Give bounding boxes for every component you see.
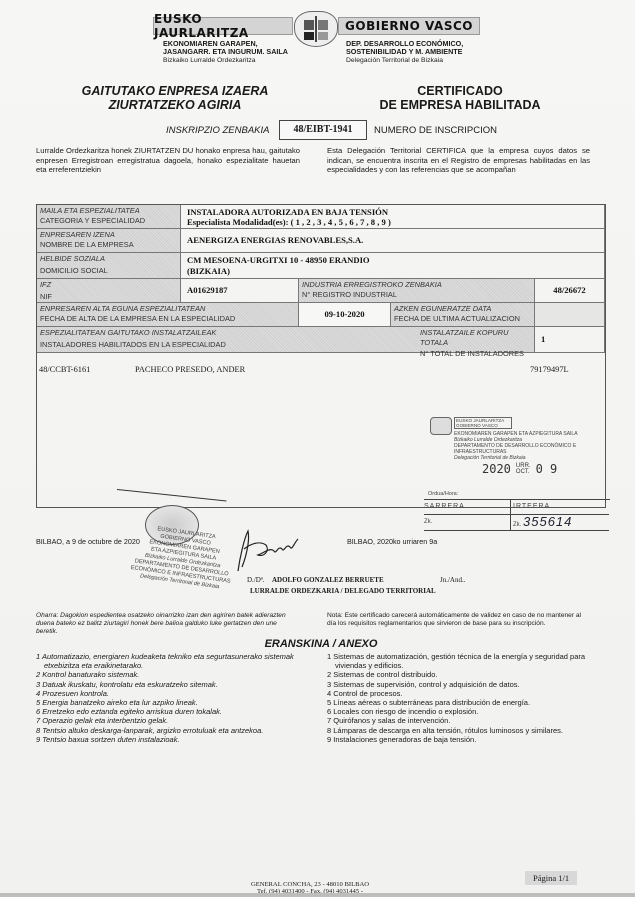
- stamp-month-es: OCT.: [516, 469, 531, 475]
- stamp-time-label: Ordua/Hora:: [428, 491, 458, 497]
- registration-label-es: NUMERO DE INSCRIPCION: [374, 125, 497, 136]
- banner-left: EUSKO JAURLARITZA: [153, 17, 293, 35]
- address-value-line1: CM MESOENA-URGITXI 10 - 48950 ERANDIO: [187, 255, 598, 266]
- address-value: CM MESOENA-URGITXI 10 - 48950 ERANDIO (B…: [181, 253, 605, 279]
- industrial-registry-label-es: N° REGISTRO INDUSTRIAL: [302, 290, 531, 300]
- stamp-line2: GOBIERNO VASCO: [456, 423, 510, 428]
- stamp-line6: Delegación Territorial de Bizkaia: [454, 455, 614, 461]
- dept-right-sub: Delegación Territorial de Bizkaia: [346, 57, 463, 65]
- stamp-no-left: Zk.: [424, 514, 510, 531]
- title-es-line2: DE EMPRESA HABILITADA: [345, 98, 575, 112]
- banner-right-text: GOBIERNO VASCO: [345, 19, 473, 33]
- category-label-eu: MAILA ETA ESPEZIALITATEA: [40, 206, 177, 216]
- stamp-day: 0 9: [536, 466, 558, 472]
- note-es: Nota: Este certificado carecerá automáti…: [327, 612, 582, 628]
- installer-name: PACHECO PRESEDO, ANDER: [135, 365, 245, 374]
- registration-date-label-es: FECHA DE ALTA DE LA EMPRESA EN LA ESPECI…: [40, 314, 295, 324]
- installer-code: 48/CCBT-6161: [39, 365, 90, 374]
- address-value-line2: (BIZKAIA): [187, 266, 598, 277]
- annex-eu-item: 3 Datuak ikuskatu, kontrolatu eta eskura…: [36, 680, 316, 689]
- industrial-registry-value: 48/26672: [535, 279, 605, 303]
- category-value-line1: INSTALADORA AUTORIZADA EN BAJA TENSIÓN: [187, 207, 598, 217]
- strike-line: [117, 489, 227, 501]
- dept-left-line2: JASANGARR. ETA INGURUM. SAILA: [163, 48, 288, 56]
- title-eu-line1: GAITUTAKO ENPRESA IZAERA: [60, 84, 290, 98]
- company-label: ENPRESAREN IZENA NOMBRE DE LA EMPRESA: [37, 229, 181, 253]
- certificate-page: EUSKO JAURLARITZA GOBIERNO VASCO EKONOMI…: [0, 0, 635, 897]
- annex-es-item: 5 Líneas aéreas o subterráneas para dist…: [327, 698, 612, 707]
- annex-es-item: 2 Sistemas de control distribuido.: [327, 670, 612, 679]
- installer-id: 79179497L: [530, 365, 569, 374]
- annex-es-item: 6 Locales con riesgo de incendio o explo…: [327, 707, 612, 716]
- category-value: INSTALADORA AUTORIZADA EN BAJA TENSIÓN E…: [181, 205, 605, 229]
- installers-total-label-eu: INSTALATZAILE KOPURU TOTALA: [420, 328, 531, 347]
- signer-initials: Jn./And..: [440, 576, 465, 584]
- signer-role: LURRALDE ORDEZKARIA / DELEGADO TERRITORI…: [250, 587, 436, 595]
- title-es: CERTIFICADO DE EMPRESA HABILITADA: [345, 84, 575, 112]
- annex-eu-item: 8 Tentsio altuko deskarga-lanparak, argi…: [36, 726, 316, 735]
- nif-value: A01629187: [181, 279, 299, 303]
- industrial-registry-label: INDUSTRIA ERREGISTROKO ZENBAKIA N° REGIS…: [299, 279, 535, 303]
- title-es-line1: CERTIFICADO: [345, 84, 575, 98]
- stamp-handwritten-number: 355614: [523, 514, 572, 529]
- signature-icon: [230, 527, 310, 575]
- annex-es-item: 4 Control de procesos.: [327, 689, 612, 698]
- address-label-es: DOMICILIO SOCIAL: [40, 266, 177, 276]
- company-value: AENERGIZA ENERGIAS RENOVABLES,S.A.: [181, 229, 605, 253]
- last-update-value: [535, 303, 605, 327]
- category-label-es: CATEGORIA Y ESPECIALIDAD: [40, 216, 177, 226]
- registration-label-eu: INSKRIPZIO ZENBAKIA: [166, 125, 269, 136]
- category-label: MAILA ETA ESPEZIALITATEA CATEGORIA Y ESP…: [37, 205, 181, 229]
- address-label-eu: HELBIDE SOZIALA: [40, 254, 177, 264]
- intro-eu: Lurralde Ordezkaritza honek ZIURTATZEN D…: [36, 146, 300, 175]
- dept-left-sub: Bizkaiko Lurralde Ordezkaritza: [163, 57, 288, 65]
- annex-eu-item: 7 Operazio gelak eta interbentzio gelak.: [36, 716, 316, 725]
- signer-title-prefix: D./Dª.: [247, 576, 265, 584]
- last-update-label-eu: AZKEN EGUNERATZE DATA: [394, 304, 531, 314]
- stamp-out-label: IRTEERA: [510, 500, 609, 515]
- intro-es: Esta Delegación Territorial CERTIFICA qu…: [327, 146, 590, 175]
- stamp-line5: DEPARTAMENTO DE DESARROLLO ECONÓMICO E I…: [454, 443, 614, 455]
- stamp-no-right: Zk. 355614: [510, 514, 609, 531]
- nif-label-es: NIF: [40, 292, 177, 302]
- category-value-line2: Especialista Modalidad(es): ( 1 , 2 , 3 …: [187, 217, 598, 227]
- page-number: Página 1/1: [525, 871, 577, 885]
- footer-address-line: GENERAL CONCHA, 23 - 48010 BILBAO: [240, 881, 380, 888]
- annex-eu-item: 6 Erretzeko edo eztanda egiteko arriskua…: [36, 707, 316, 716]
- last-update-label-es: FECHA DE ULTIMA ACTUALIZACION: [394, 314, 531, 324]
- stamp-in-label: SARRERA: [424, 500, 510, 515]
- installers-label-es: INSTALADORES HABILITADOS EN LA ESPECIALI…: [40, 340, 414, 350]
- annex-list-es: 1 Sistemas de automatización, gestión té…: [327, 652, 612, 744]
- dept-right: DEP. DESARROLLO ECONÓMICO, SOSTENIBILIDA…: [346, 40, 463, 65]
- annex-eu-item: 1 Automatizazio, energiaren kudeaketa te…: [36, 652, 316, 670]
- title-eu-line2: ZIURTATZEKO AGIRIA: [60, 98, 290, 112]
- annex-eu-item: 5 Energia banatzeko aireko eta lur azpik…: [36, 698, 316, 707]
- annex-es-item: 8 Lámparas de descarga en alta tensión, …: [327, 726, 612, 735]
- stamp-logo-icon: [430, 417, 452, 435]
- signature-date-eu: BILBAO, 2020ko urriaren 9a: [347, 537, 437, 546]
- stamp-no-right-label: Zk.: [513, 522, 521, 528]
- coat-of-arms-icon: [294, 11, 338, 47]
- annex-eu-item: 2 Kontrol banaturako sistemak.: [36, 670, 316, 679]
- nif-label-eu: IFZ: [40, 280, 177, 290]
- annex-eu-item: 9 Tentsio baxua sortzen duten instalazio…: [36, 735, 316, 744]
- address-label: HELBIDE SOZIALA DOMICILIO SOCIAL: [37, 253, 181, 279]
- annex-eu-item: 4 Prozesuen kontrola.: [36, 689, 316, 698]
- annex-es-item: 3 Sistemas de supervisión, control y adq…: [327, 680, 612, 689]
- installers-total-label-es: N° TOTAL DE INSTALADORES: [420, 349, 531, 359]
- company-label-eu: ENPRESAREN IZENA: [40, 230, 177, 240]
- company-label-es: NOMBRE DE LA EMPRESA: [40, 240, 177, 250]
- signer-name: ADOLFO GONZALEZ BERRUETE: [272, 576, 384, 584]
- title-eu: GAITUTAKO ENPRESA IZAERA ZIURTATZEKO AGI…: [60, 84, 290, 112]
- registration-date-label-eu: ENPRESAREN ALTA EGUNA ESPEZIALITATEAN: [40, 304, 295, 314]
- installers-total-value: 1: [535, 327, 605, 353]
- note-eu: Oharra: Dagokion espedientea osatzeko oi…: [36, 612, 286, 635]
- installers-label: ESPEZIALITATEAN GAITUTAKO INSTALATZAILEA…: [37, 327, 417, 353]
- nif-label: IFZ NIF: [37, 279, 181, 303]
- annex-list-eu: 1 Automatizazio, energiaren kudeaketa te…: [36, 652, 316, 744]
- installers-total-label: INSTALATZAILE KOPURU TOTALA N° TOTAL DE …: [417, 327, 535, 353]
- annex-title: ERANSKINA / ANEXO: [246, 638, 396, 650]
- banner-right: GOBIERNO VASCO: [338, 17, 480, 35]
- registration-date-value: 09-10-2020: [299, 303, 391, 327]
- dept-left: EKONOMIAREN GARAPEN, JASANGARR. ETA INGU…: [163, 40, 288, 65]
- registration-number: 48/EIBT-1941: [279, 120, 367, 140]
- installers-label-eu: ESPEZIALITATEAN GAITUTAKO INSTALATZAILEA…: [40, 328, 414, 338]
- industrial-registry-label-eu: INDUSTRIA ERREGISTROKO ZENBAKIA: [302, 280, 531, 290]
- annex-es-item: 7 Quirófanos y salas de intervención.: [327, 716, 612, 725]
- last-update-label: AZKEN EGUNERATZE DATA FECHA DE ULTIMA AC…: [391, 303, 535, 327]
- annex-es-item: 1 Sistemas de automatización, gestión té…: [327, 652, 612, 670]
- dept-right-line2: SOSTENIBILIDAD Y M. AMBIENTE: [346, 48, 463, 56]
- stamp-year: 2020: [482, 466, 511, 472]
- banner-left-text: EUSKO JAURLARITZA: [154, 12, 292, 40]
- bottom-edge: [0, 893, 635, 897]
- registration-date-label: ENPRESAREN ALTA EGUNA ESPEZIALITATEAN FE…: [37, 303, 299, 327]
- annex-es-item: 9 Instalaciones generadoras de baja tens…: [327, 735, 612, 744]
